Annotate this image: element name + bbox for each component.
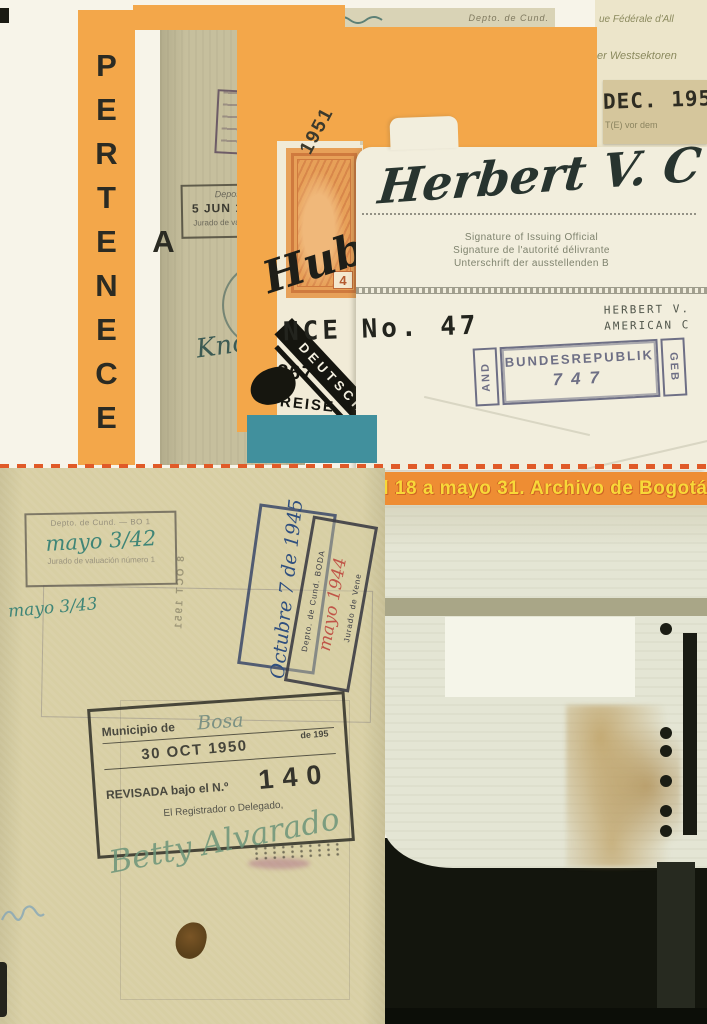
municipio-revision-stamp: Municipio de Bosa 30 OCT 1950 de 195 REV…	[87, 691, 355, 859]
punch-hole	[660, 775, 672, 787]
bundes-number: 747	[503, 365, 658, 393]
exhibition-poster-collage: Deposi 5 JUN 1946 Jurado de valuación Ve…	[0, 0, 707, 1024]
dotted-signature-line	[362, 213, 696, 215]
tan-date-tag: DEC. 195 T(E) vor dem	[603, 80, 707, 144]
typed-line1: HERBERT V.	[604, 301, 691, 319]
municipio-label: Municipio de	[101, 720, 175, 739]
poster-vertical-title: PERTENECE A	[78, 26, 135, 465]
punch-hole	[660, 805, 672, 817]
edge-ink-smudge	[0, 962, 7, 1017]
card-folder-tab	[389, 116, 458, 150]
punch-hole	[660, 623, 672, 635]
bundes-middle-cell: BUNDESREPUBLIK 747	[500, 339, 661, 405]
banner-text: abril 18 a mayo 31. Archivo de Bogotá	[347, 478, 707, 500]
paper-khaki-band	[383, 598, 707, 616]
blue-handwriting-squiggle	[0, 896, 46, 935]
caption-french: Signature de l'autorité délivrante	[356, 245, 707, 256]
municipio-date-stamp: 30 OCT 1950	[141, 737, 249, 763]
municipio-town-script: Bosa	[196, 709, 244, 734]
bundes-left-text: AND	[479, 362, 493, 392]
scan-corner-mark	[0, 8, 9, 23]
punch-hole	[660, 727, 672, 739]
caption-english: Signature of Issuing Official	[356, 232, 707, 243]
bundes-right-text: GEB	[667, 352, 681, 382]
paper-white-rect	[445, 617, 635, 697]
teal-color-block	[247, 415, 377, 463]
tag-date-handwritten: DEC. 195	[603, 86, 707, 114]
punch-hole	[660, 825, 672, 837]
revision-number: 140	[257, 759, 331, 796]
caption-german: Unterschrift der ausstellenden B	[356, 258, 707, 269]
dark-column-highlight	[657, 862, 695, 1008]
mayo-stamp-bottom: Jurado de valuación número 1	[27, 555, 175, 567]
bundes-right-cell: GEB	[660, 337, 687, 396]
guilloche-band	[356, 287, 707, 294]
herbert-signature: Herbert V. C	[375, 137, 703, 215]
crumpled-paper	[383, 505, 707, 868]
typed-line2: AMERICAN C	[604, 317, 691, 335]
vertical-title-band: PERTENECE A	[78, 10, 135, 465]
revisada-label: REVISADA bajo el N.º	[106, 780, 229, 803]
exhibition-banner: abril 18 a mayo 31. Archivo de Bogotá	[347, 472, 707, 505]
bundesrepublik-stamp: AND BUNDESREPUBLIK 747 GEB	[473, 337, 688, 406]
punch-hole	[660, 745, 672, 757]
bottom-black-strip	[380, 1008, 707, 1024]
tag-faint-line: T(E) vor dem	[605, 120, 658, 130]
mayo-stamp-script: mayo 3/42	[26, 525, 175, 557]
municipio-year-suffix: de 195	[300, 728, 329, 740]
typed-name-block: HERBERT V. AMERICAN C	[604, 301, 691, 335]
top-right-line2: er Westsektoren	[597, 50, 677, 62]
signature-card: Herbert V. C Signature of Issuing Offici…	[356, 147, 707, 470]
bundes-left-cell: AND	[473, 347, 500, 406]
black-edge-strip	[683, 633, 697, 835]
mayo-1942-stamp: Depto. de Cund. — BO 1 mayo 3/42 Jurado …	[24, 511, 177, 588]
top-strip-faint-text: Depto. de Cund.	[468, 13, 549, 23]
top-right-line1: ue Fédérale d'All	[599, 14, 674, 25]
